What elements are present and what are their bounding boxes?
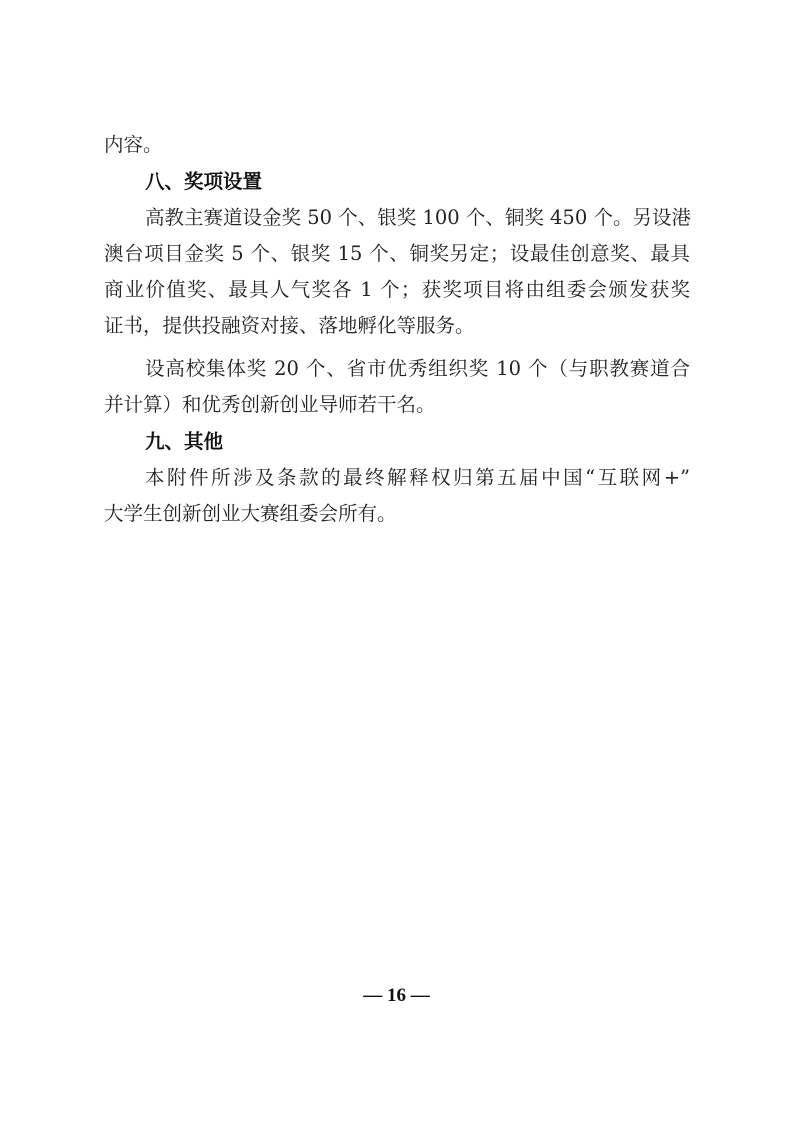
section-heading-other: 九、其他 xyxy=(145,429,223,455)
paragraph-line: 高教主赛道设金奖 50 个、银奖 100 个、铜奖 450 个。另设港 xyxy=(145,205,690,231)
paragraph-line: 设高校集体奖 20 个、省市优秀组织奖 10 个（与职教赛道合 xyxy=(145,356,690,382)
paragraph-line: 商业价值奖、最具人气奖各 1 个；获奖项目将由组委会颁发获奖 xyxy=(104,277,690,303)
document-page: 内容。 八、奖项设置 高教主赛道设金奖 50 个、银奖 100 个、铜奖 450… xyxy=(0,0,793,1122)
section-heading-awards: 八、奖项设置 xyxy=(145,169,262,195)
paragraph-line: 并计算）和优秀创新创业导师若干名。 xyxy=(104,392,690,418)
paragraph-line: 证书，提供投融资对接、落地孵化等服务。 xyxy=(104,313,690,339)
page-number: — 16 — xyxy=(0,985,793,1007)
paragraph-line: 大学生创新创业大赛组委会所有。 xyxy=(104,501,690,527)
paragraph-line: 本附件所涉及条款的最终解释权归第五届中国“互联网+” xyxy=(145,465,690,491)
continuation-text: 内容。 xyxy=(104,132,690,158)
paragraph-line: 澳台项目金奖 5 个、银奖 15 个、铜奖另定；设最佳创意奖、最具 xyxy=(104,241,690,267)
